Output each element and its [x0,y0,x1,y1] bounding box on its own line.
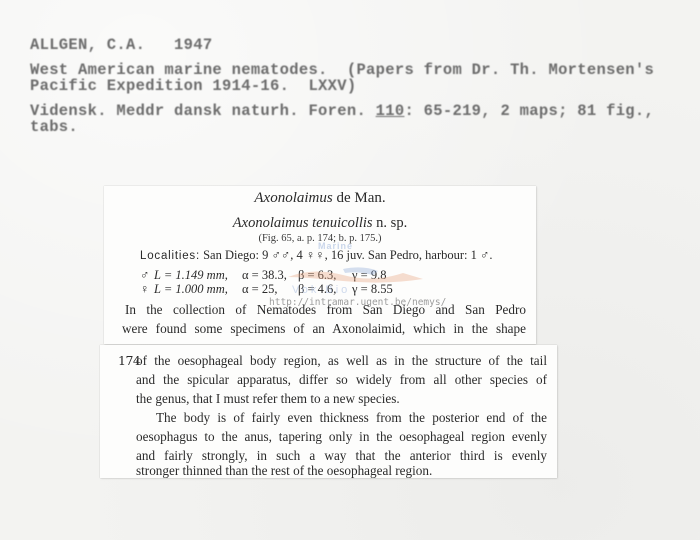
paragraph-line: were found some specimens of an Axonolai… [122,319,526,338]
paragraph-line: The body is of fairly even thickness fro… [156,408,547,427]
pages-figures: : 65-219, 2 maps; 81 fig., [404,102,654,120]
genus-author: de Man. [333,190,386,206]
female-symbol-icon: ♀ [140,282,154,297]
length-value: L = 1.149 mm, [154,268,228,282]
species-name: Axonolaimus tenuicollis [233,215,373,231]
localities-line: Localities: San Diego: 9 ♂♂, 4 ♀♀, 16 ju… [140,248,493,263]
species-status: n. sp. [373,215,408,231]
genus-name: Axonolaimus [254,190,332,206]
watermark-url: http://intramar.ugent.be/nemys/ [269,297,446,308]
watermark-logo-icon [283,265,433,285]
watermark-subtext: Vok Bio [292,284,350,296]
title-line-2: Pacific Expedition 1914-16. LXXV) [30,78,356,94]
title-line-1: West American marine nematodes. (Papers … [30,62,654,78]
genus-heading: Axonolaimus de Man. [104,190,536,207]
paragraph-line: oesophagus to the anus, tapering only in… [136,427,547,446]
paragraph-line: and the spicular apparatus, differ so wi… [136,370,547,389]
paragraph-line: stronger thinned than the rest of the oe… [136,461,547,480]
paragraph-line: of the oesophageal body region, as well … [136,351,547,370]
reference-line-1: Vidensk. Meddr dansk naturh. Foren. 110:… [30,103,654,119]
author-year-line: ALLGEN, C.A. 1947 [30,37,212,53]
journal-name: Vidensk. Meddr dansk naturh. Foren. [30,102,376,120]
localities-label: Localities: [140,250,200,262]
species-heading: Axonolaimus tenuicollis n. sp. [104,215,536,232]
printed-clipping-2: 174 of the oesophageal body region, as w… [100,345,557,478]
length-value: L = 1.000 mm, [154,282,228,296]
male-symbol-icon: ♂ [140,268,154,283]
volume-number: 110 [376,102,405,120]
reference-line-2: tabs. [30,119,78,135]
paragraph-line: the genus, that I must refer them to a n… [136,389,547,408]
watermark-text: Marine [318,241,353,251]
